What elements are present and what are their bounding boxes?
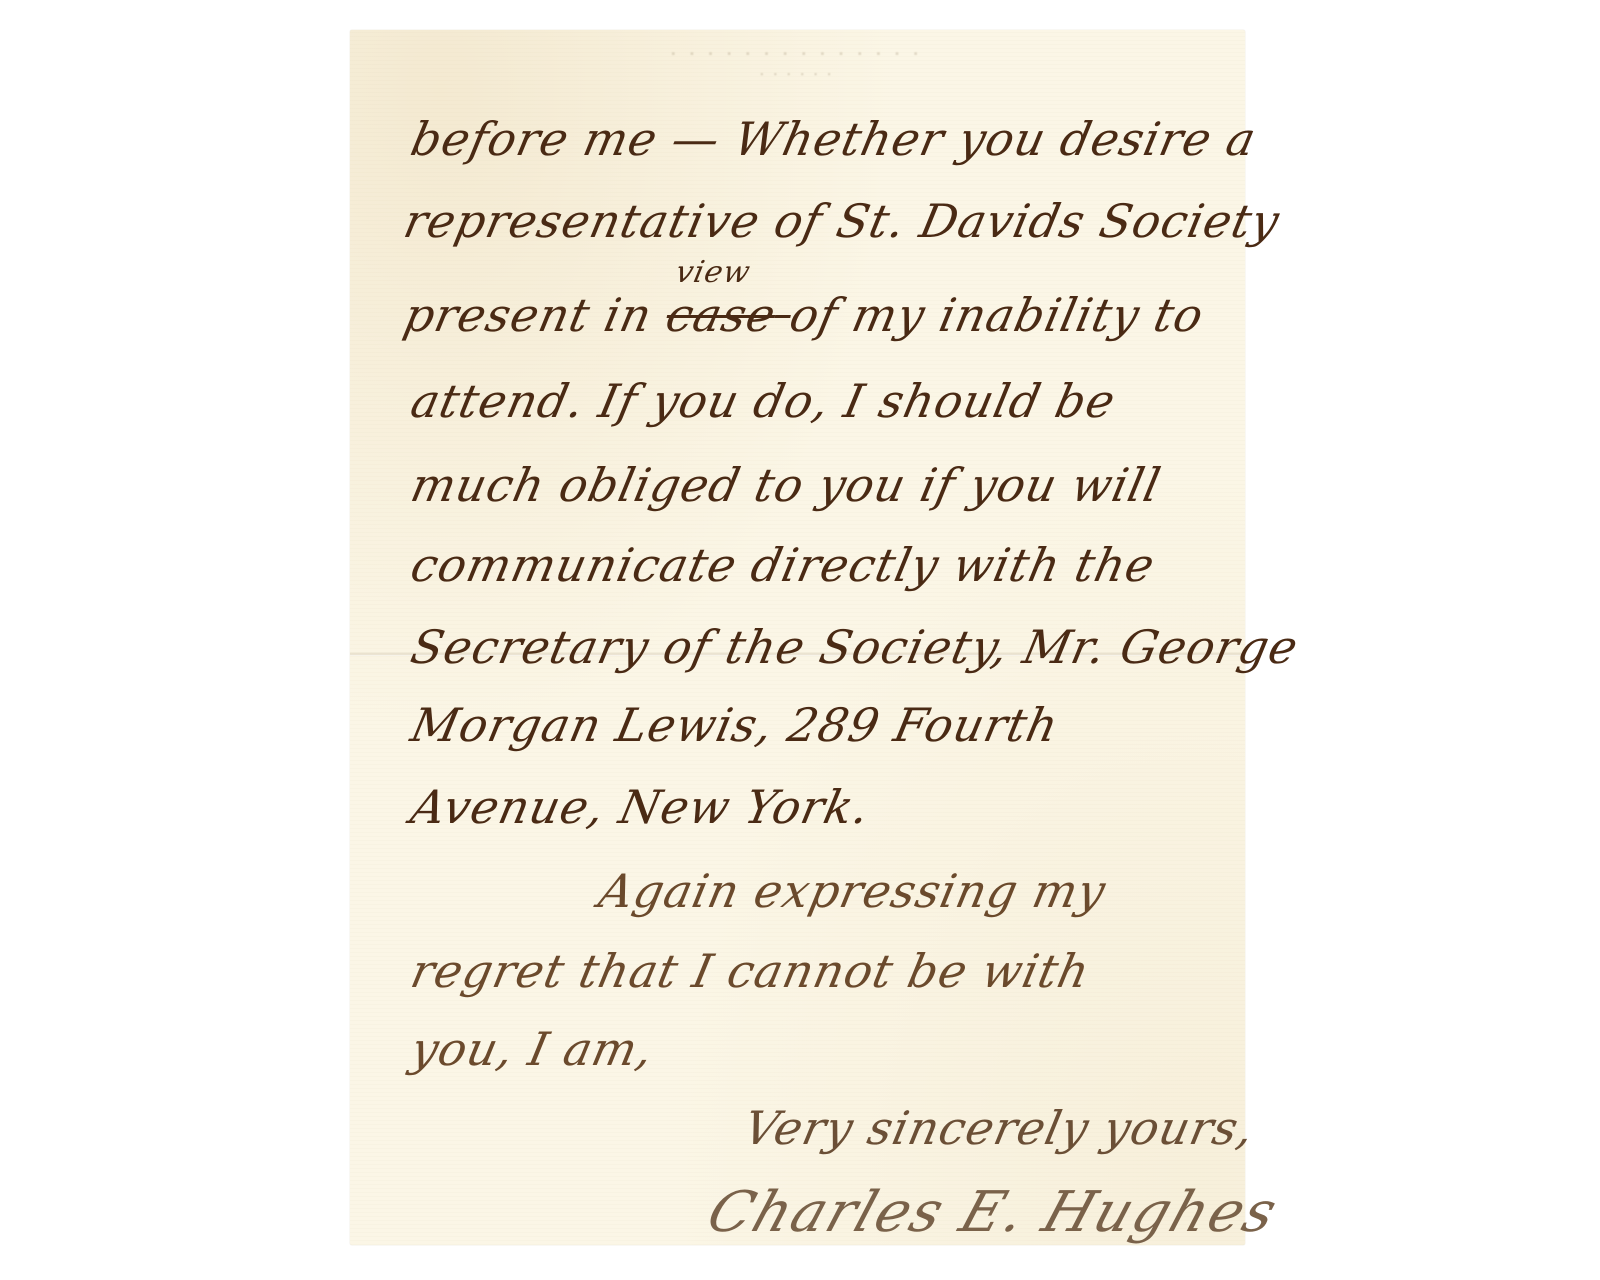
inserted-word: view: [673, 258, 753, 288]
letter-line-3: present in view case of my inability to: [400, 292, 1208, 338]
signature: Charles E. Hughes: [699, 1180, 1286, 1245]
line-3-end: of my inability to: [785, 288, 1209, 342]
letter-body: before me — Whether you desire a represe…: [350, 30, 1245, 1245]
line-3-start: present in: [399, 288, 657, 342]
letter-line-6: communicate directly with the: [407, 542, 1159, 588]
closing-line-3: you, I am,: [407, 1026, 658, 1072]
letter-line-4: attend. If you do, I should be: [407, 378, 1120, 424]
letter-line-1: before me — Whether you desire a: [407, 116, 1260, 162]
letter-line-9: Avenue, New York.: [407, 784, 874, 830]
letter-line-7: Secretary of the Society, Mr. George: [407, 624, 1302, 670]
letter-line-5: much obliged to you if you will: [407, 462, 1165, 508]
closing-line-1: Again expressing my: [595, 868, 1110, 914]
struck-word: view case: [661, 288, 796, 342]
letter-line-8: Morgan Lewis, 289 Fourth: [407, 702, 1063, 748]
closing-line-2: regret that I cannot be with: [407, 948, 1094, 994]
page-stage: ▪ ▪ ▪ ▪ ▪ ▪ ▪ ▪ ▪ ▪ ▪ ▪ ▪ ▪ ▪ ▪ ▪ ▪ ▪ ▪ …: [0, 0, 1600, 1280]
letter-line-2: representative of St. Davids Society: [400, 198, 1284, 244]
valediction: Very sincerely yours,: [740, 1105, 1259, 1151]
letter-paper: ▪ ▪ ▪ ▪ ▪ ▪ ▪ ▪ ▪ ▪ ▪ ▪ ▪ ▪ ▪ ▪ ▪ ▪ ▪ ▪ …: [350, 30, 1245, 1245]
